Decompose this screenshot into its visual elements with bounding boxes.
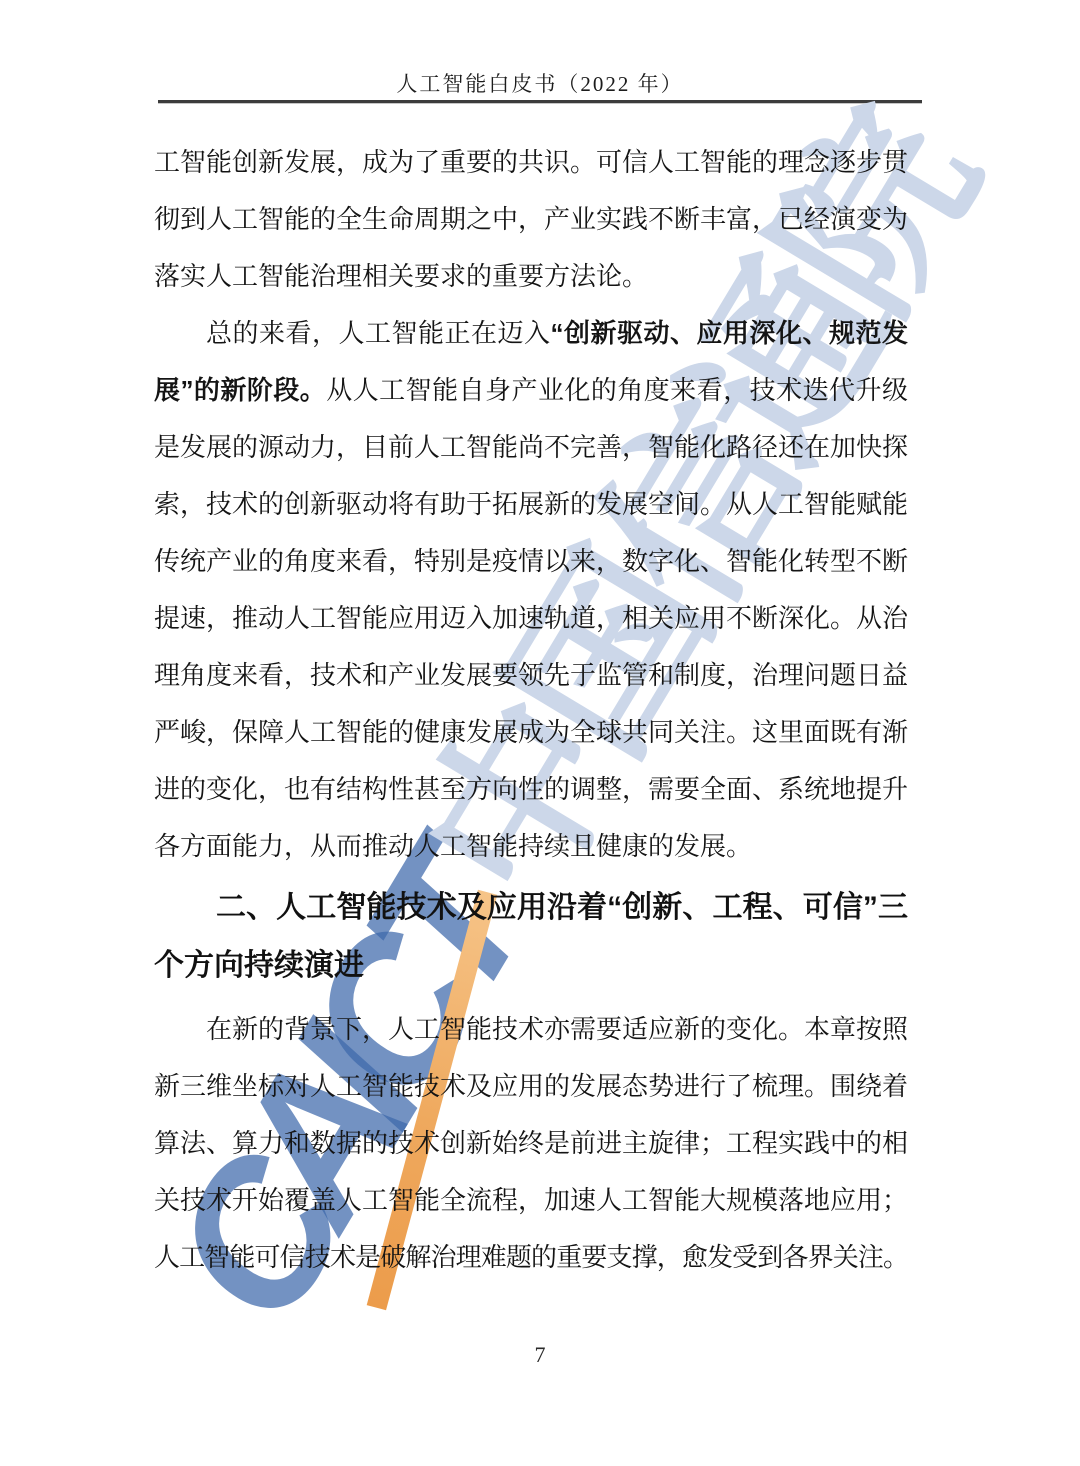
- body-text: 传统产业的角度来看，特别是疫情以来，数字化、智能化转型不断: [154, 547, 908, 576]
- text-line: 二、人工智能技术及应用沿着“创新、工程、可信”三: [154, 879, 908, 937]
- body-text: 落实人工智能治理相关要求的重要方法论。: [154, 262, 648, 291]
- document-body: 工智能创新发展，成为了重要的共识。可信人工智能的理念逐步贯彻到人工智能的全生命周…: [154, 134, 908, 1286]
- body-text: 从人工智能自身产业化的角度来看，技术迭代升级: [326, 376, 908, 405]
- text-line: 工智能创新发展，成为了重要的共识。可信人工智能的理念逐步贯: [154, 134, 908, 191]
- text-line: 彻到人工智能的全生命周期之中，产业实践不断丰富，已经演变为: [154, 191, 908, 248]
- emphasis-text: 展”的新阶段。: [154, 375, 326, 405]
- body-text: 各方面能力，从而推动人工智能持续且健康的发展。: [154, 832, 752, 861]
- text-line: 个方向持续演进: [154, 937, 908, 995]
- paragraph: 总的来看，人工智能正在迈入“创新驱动、应用深化、规范发展”的新阶段。从人工智能自…: [154, 305, 908, 875]
- text-line: 传统产业的角度来看，特别是疫情以来，数字化、智能化转型不断: [154, 533, 908, 590]
- text-line: 展”的新阶段。从人工智能自身产业化的角度来看，技术迭代升级: [154, 362, 908, 419]
- body-text: 关技术开始覆盖人工智能全流程，加速人工智能大规模落地应用；: [154, 1186, 908, 1215]
- body-text: 工智能创新发展，成为了重要的共识。可信人工智能的理念逐步贯: [154, 148, 908, 177]
- text-line: 提速，推动人工智能应用迈入加速轨道，相关应用不断深化。从治: [154, 590, 908, 647]
- body-text: 在新的背景下，人工智能技术亦需要适应新的变化。本章按照: [206, 1015, 908, 1044]
- text-line: 落实人工智能治理相关要求的重要方法论。: [154, 248, 908, 305]
- text-line: 索，技术的创新驱动将有助于拓展新的发展空间。从人工智能赋能: [154, 476, 908, 533]
- section-heading: 二、人工智能技术及应用沿着“创新、工程、可信”三个方向持续演进: [154, 879, 908, 995]
- emphasis-text: 二、人工智能技术及应用沿着“创新、工程、可信”三: [216, 891, 908, 924]
- text-line: 人工智能可信技术是破解治理难题的重要支撑，愈发受到各界关注。: [154, 1229, 908, 1286]
- body-text: 总的来看，人工智能正在迈入: [206, 319, 551, 348]
- text-line: 理角度来看，技术和产业发展要领先于监管和制度，治理问题日益: [154, 647, 908, 704]
- emphasis-text: “创新驱动、应用深化、规范发: [551, 318, 909, 348]
- header-rule: [158, 100, 922, 104]
- body-text: 人工智能可信技术是破解治理难题的重要支撑，愈发受到各界关注。: [154, 1243, 908, 1272]
- text-line: 各方面能力，从而推动人工智能持续且健康的发展。: [154, 818, 908, 875]
- body-text: 算法、算力和数据的技术创新始终是前进主旋律；工程实践中的相: [154, 1129, 908, 1158]
- text-line: 进的变化，也有结构性甚至方向性的调整，需要全面、系统地提升: [154, 761, 908, 818]
- text-line: 是发展的源动力，目前人工智能尚不完善，智能化路径还在加快探: [154, 419, 908, 476]
- body-text: 彻到人工智能的全生命周期之中，产业实践不断丰富，已经演变为: [154, 205, 908, 234]
- text-line: 总的来看，人工智能正在迈入“创新驱动、应用深化、规范发: [154, 305, 908, 362]
- text-line: 严峻，保障人工智能的健康发展成为全球共同关注。这里面既有渐: [154, 704, 908, 761]
- body-text: 严峻，保障人工智能的健康发展成为全球共同关注。这里面既有渐: [154, 718, 908, 747]
- header-title: 人工智能白皮书（2022 年）: [0, 68, 1080, 98]
- text-line: 在新的背景下，人工智能技术亦需要适应新的变化。本章按照: [154, 1001, 908, 1058]
- emphasis-text: 个方向持续演进: [154, 949, 364, 982]
- body-text: 进的变化，也有结构性甚至方向性的调整，需要全面、系统地提升: [154, 775, 908, 804]
- text-line: 算法、算力和数据的技术创新始终是前进主旋律；工程实践中的相: [154, 1115, 908, 1172]
- body-text: 是发展的源动力，目前人工智能尚不完善，智能化路径还在加快探: [154, 433, 908, 462]
- body-text: 索，技术的创新驱动将有助于拓展新的发展空间。从人工智能赋能: [154, 490, 908, 519]
- body-text: 提速，推动人工智能应用迈入加速轨道，相关应用不断深化。从治: [154, 604, 908, 633]
- body-text: 新三维坐标对人工智能技术及应用的发展态势进行了梳理。围绕着: [154, 1072, 908, 1101]
- document-page: 人工智能白皮书（2022 年） CAICT中国信通院 工智能创新发展，成为了重要…: [0, 0, 1080, 1466]
- page-number: 7: [0, 1342, 1080, 1368]
- paragraph: 工智能创新发展，成为了重要的共识。可信人工智能的理念逐步贯彻到人工智能的全生命周…: [154, 134, 908, 305]
- text-line: 关技术开始覆盖人工智能全流程，加速人工智能大规模落地应用；: [154, 1172, 908, 1229]
- text-line: 新三维坐标对人工智能技术及应用的发展态势进行了梳理。围绕着: [154, 1058, 908, 1115]
- paragraph: 在新的背景下，人工智能技术亦需要适应新的变化。本章按照新三维坐标对人工智能技术及…: [154, 1001, 908, 1286]
- body-text: 理角度来看，技术和产业发展要领先于监管和制度，治理问题日益: [154, 661, 908, 690]
